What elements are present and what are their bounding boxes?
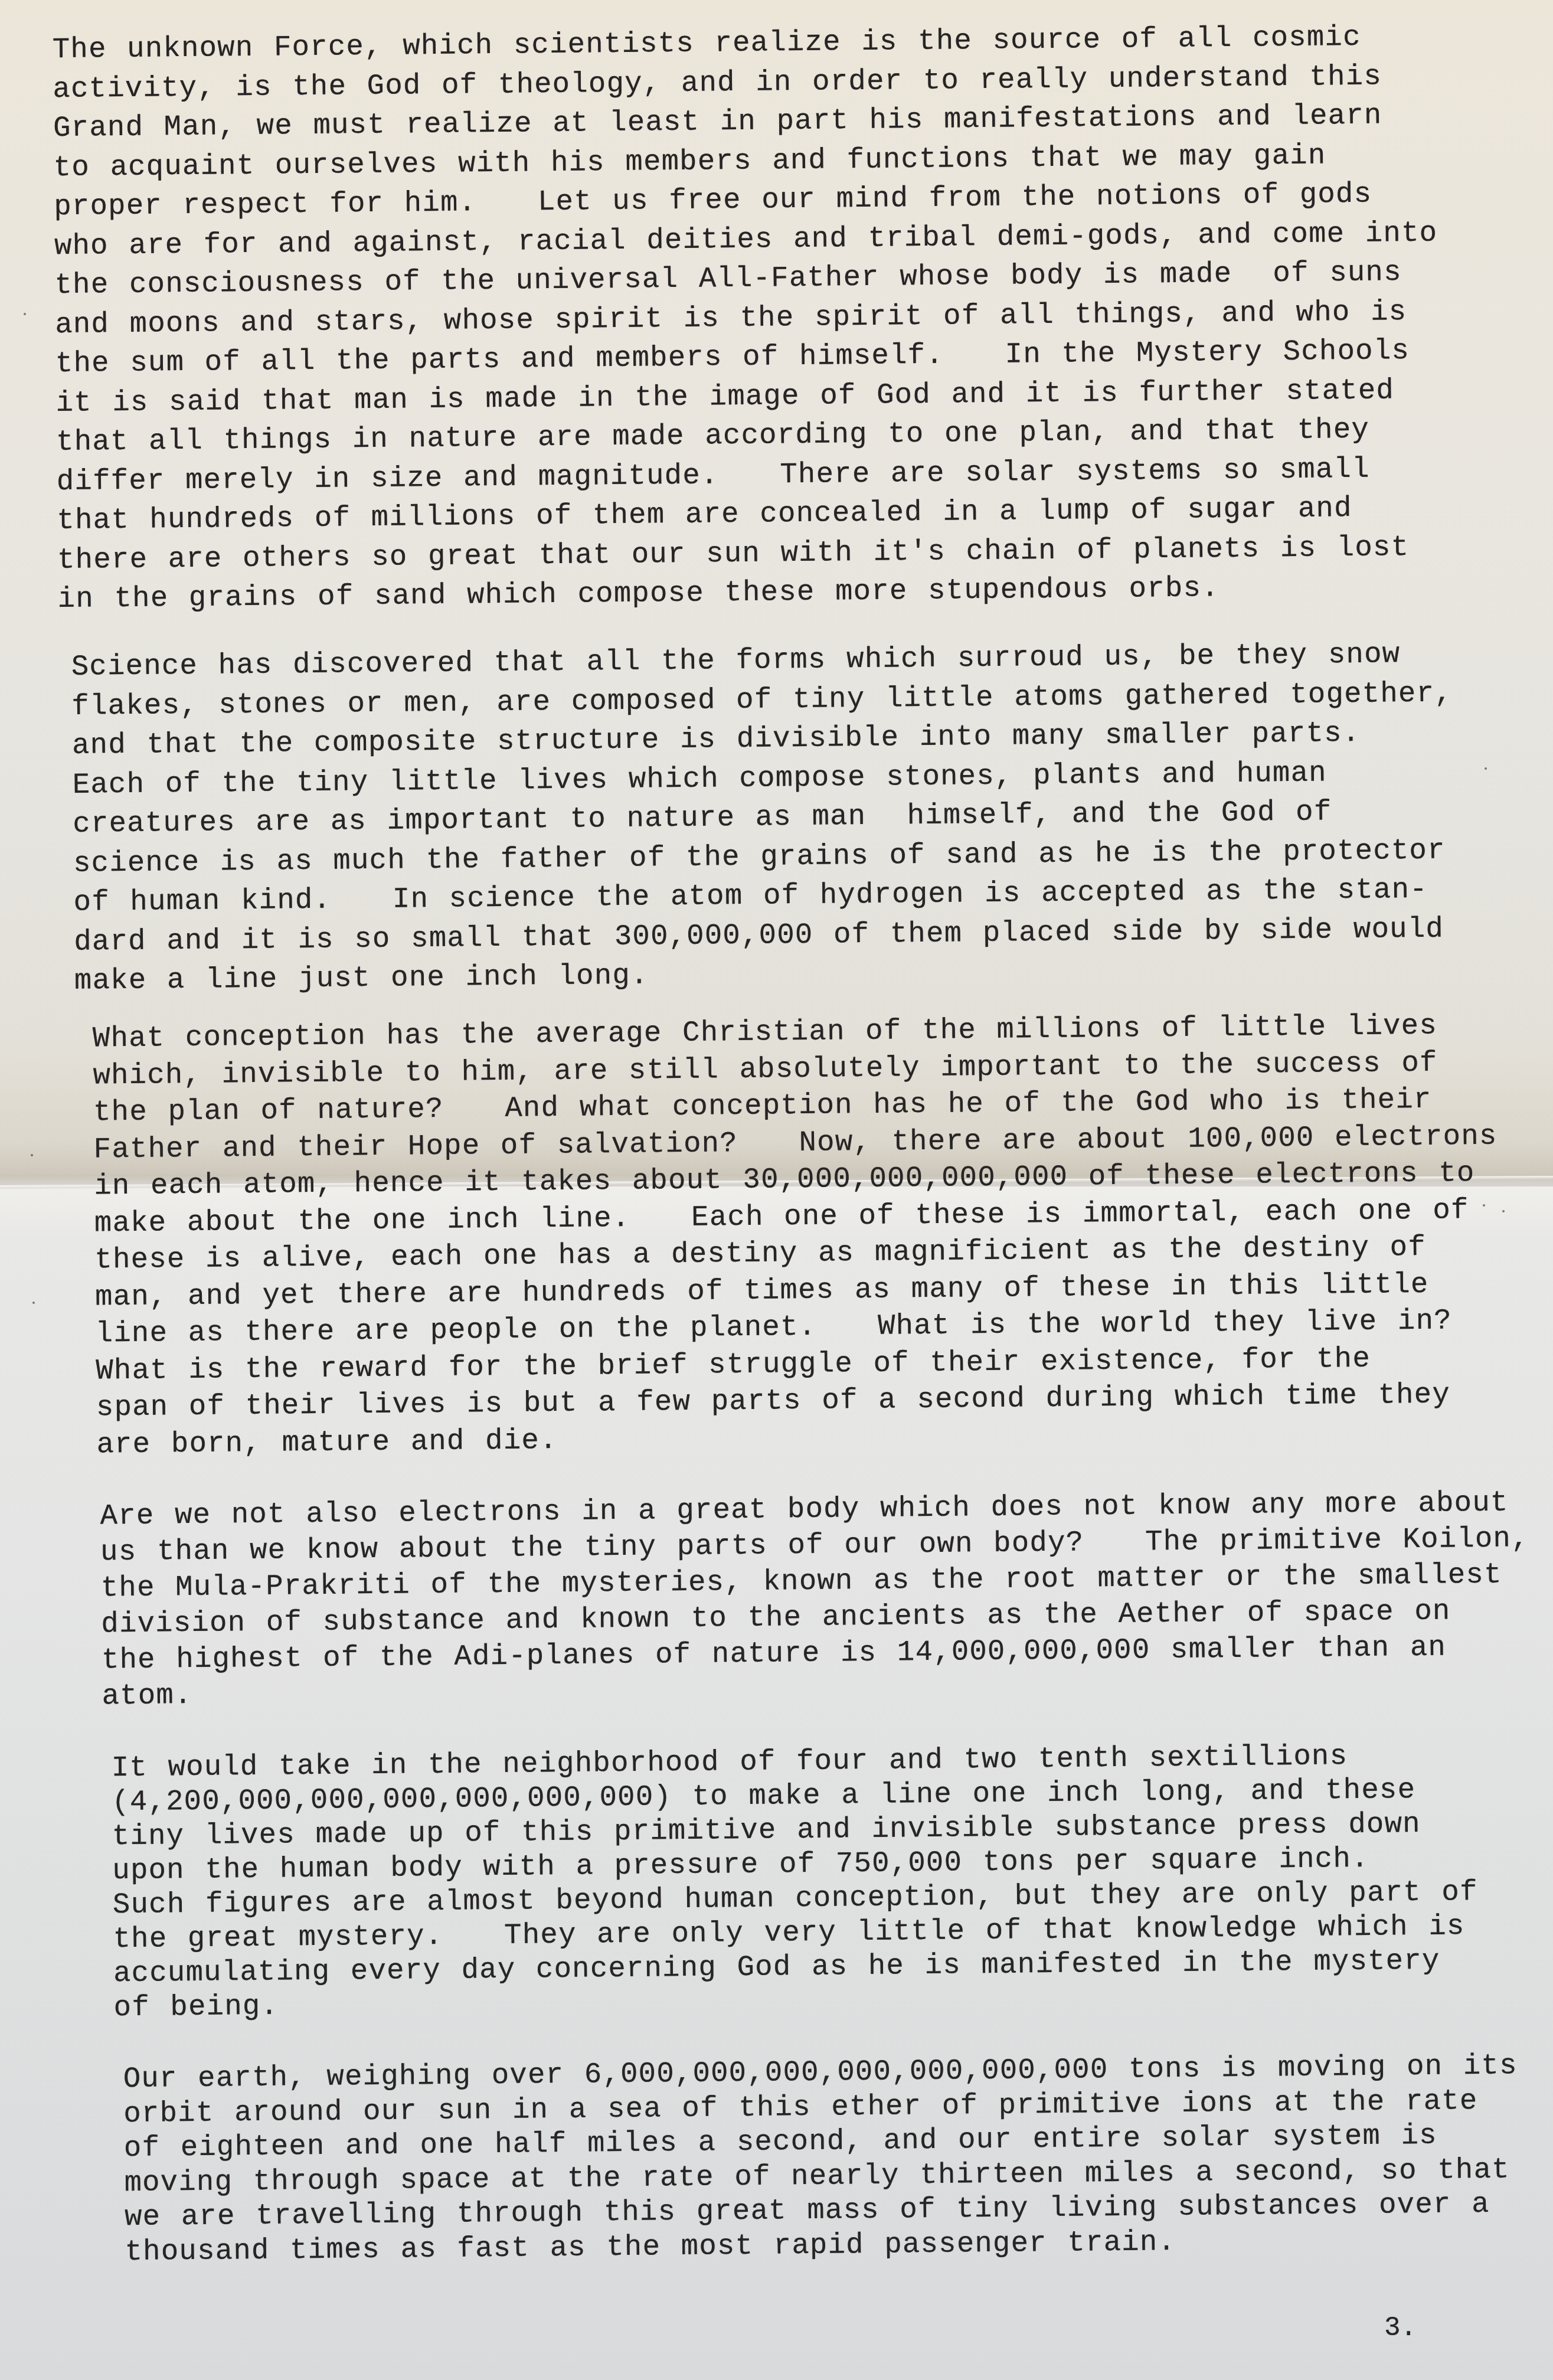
paragraph-cosmic-force: The unknown Force, which scientists real… bbox=[52, 17, 1441, 619]
ink-speck bbox=[1502, 1210, 1505, 1212]
typewritten-page: The unknown Force, which scientists real… bbox=[0, 0, 1553, 2380]
paragraph-electrons-koilon: Are we not also electrons in a great bod… bbox=[100, 1485, 1531, 1714]
ink-speck bbox=[1483, 1204, 1485, 1207]
paragraph-earth-orbit: Our earth, weighing over 6,000,000,000,0… bbox=[123, 2048, 1519, 2269]
ink-speck bbox=[24, 313, 26, 315]
paragraph-christian-conception: What conception has the average Christia… bbox=[93, 1007, 1500, 1463]
paragraph-science-atoms: Science has discovered that all the form… bbox=[71, 634, 1456, 1001]
page-number: 3. bbox=[1384, 2313, 1417, 2343]
ink-speck bbox=[31, 1154, 33, 1156]
ink-speck bbox=[1485, 767, 1487, 770]
paragraph-sextillions: It would take in the neighborhood of fou… bbox=[111, 1738, 1479, 2025]
ink-speck bbox=[32, 1302, 35, 1304]
